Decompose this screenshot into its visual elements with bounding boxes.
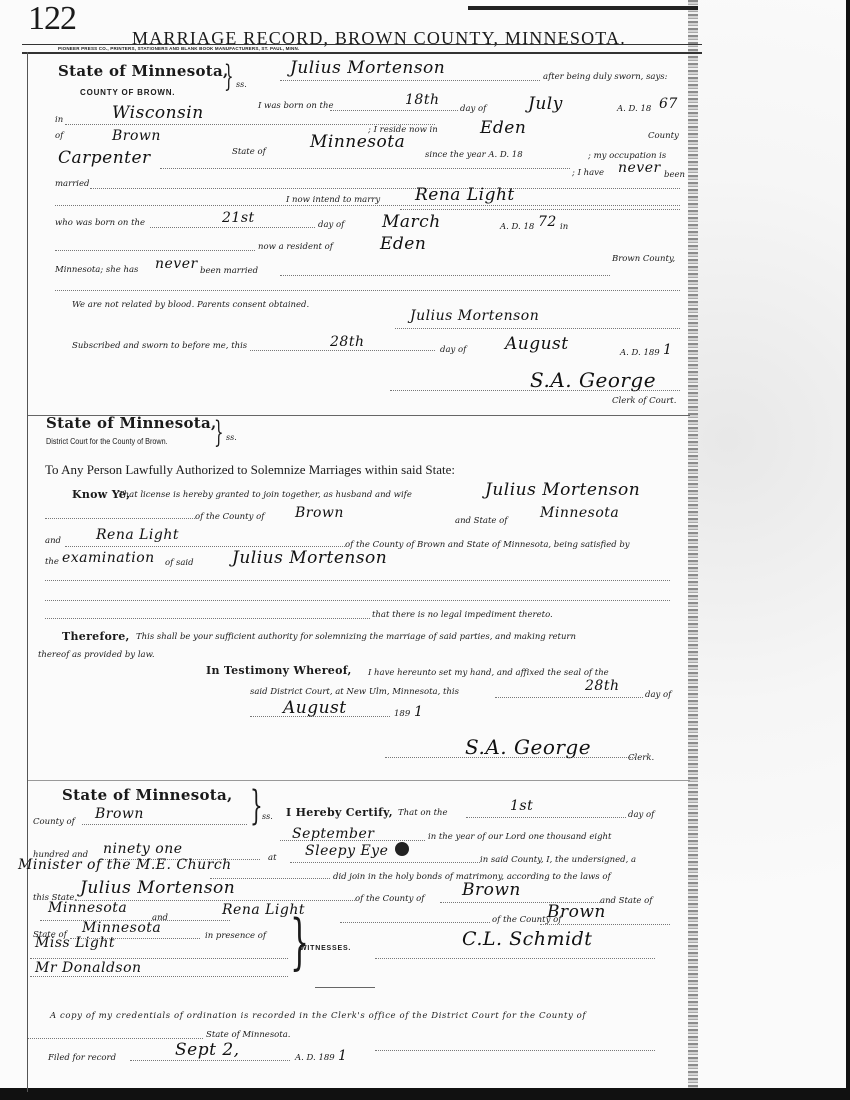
birth-day: 18th xyxy=(405,92,439,108)
officiant-title: Minister of the M.E. Church xyxy=(18,857,232,873)
hereby-certify: I Hereby Certify, xyxy=(286,806,393,819)
sworn-year: 1 xyxy=(663,342,672,358)
certificate-state-heading: State of Minnesota, xyxy=(62,786,233,804)
license-groom-name: Julius Mortenson xyxy=(485,480,640,500)
ceremony-place: Sleepy Eye xyxy=(305,843,388,859)
county: Brown xyxy=(112,128,161,144)
examined-name: Julius Mortenson xyxy=(232,548,387,568)
license-bride-name: Rena Light xyxy=(96,527,179,543)
page-number: 122 xyxy=(28,0,76,38)
certificate-bride-county: Brown xyxy=(547,902,606,922)
section-divider xyxy=(28,780,690,781)
in-testimony: In Testimony Whereof, xyxy=(206,664,352,677)
state: Minnesota xyxy=(310,132,405,152)
bride-name: Rena Light xyxy=(415,185,515,205)
examination: examination xyxy=(62,550,155,566)
applicant-name: Julius Mortenson xyxy=(290,58,445,78)
clerk-signature: S.A. George xyxy=(530,368,656,392)
occupation: Carpenter xyxy=(58,148,151,168)
filed-year: 1 xyxy=(338,1048,347,1064)
marital-status: never xyxy=(618,160,661,176)
certificate-groom-name: Julius Mortenson xyxy=(80,878,235,898)
issue-month: August xyxy=(283,698,347,718)
birth-month: July xyxy=(528,94,563,114)
license-groom-state: Minnesota xyxy=(540,505,619,521)
binding-edge xyxy=(688,0,698,1100)
birth-year: 67 xyxy=(659,96,678,112)
officiant-signature: C.L. Schmidt xyxy=(462,928,592,950)
license-address: To Any Person Lawfully Authorized to Sol… xyxy=(45,462,455,478)
certificate-groom-county: Brown xyxy=(462,880,521,900)
issue-year: 1 xyxy=(414,704,423,720)
ink-blot xyxy=(395,842,409,856)
bride-birth-year: 72 xyxy=(538,214,557,230)
bride-birth-month: March xyxy=(382,212,441,232)
sworn-month: August xyxy=(505,334,569,354)
year-words: ninety one xyxy=(103,841,183,857)
certificate-groom-state: Minnesota xyxy=(48,900,127,916)
frame-left xyxy=(27,52,28,1092)
credentials-statement: A copy of my credentials of ordination i… xyxy=(50,1011,586,1021)
witnesses-label: WITNESSES. xyxy=(300,945,351,952)
brace: } xyxy=(224,62,234,92)
sworn-day: 28th xyxy=(330,334,364,350)
bride-birth-day: 21st xyxy=(222,210,255,226)
license-court-heading: District Court for the County of Brown. xyxy=(46,436,168,446)
affiant-signature: Julius Mortenson xyxy=(410,308,539,324)
printer-imprint: PIONEER PRESS CO., PRINTERS, STATIONERS … xyxy=(58,46,299,51)
certificate-county: Brown xyxy=(95,806,144,822)
top-bar xyxy=(468,6,698,10)
scan-bottom-edge xyxy=(0,1088,850,1100)
issue-day: 28th xyxy=(585,678,619,694)
witness-2: Mr Donaldson xyxy=(35,960,142,976)
affidavit-state-heading: State of Minnesota, xyxy=(58,62,229,80)
header-rule-thick xyxy=(22,52,702,54)
certificate-day: 1st xyxy=(510,798,533,814)
affidavit-county-heading: COUNTY OF BROWN. xyxy=(80,88,175,97)
scan-edge xyxy=(846,0,850,1100)
residence: Eden xyxy=(480,118,526,138)
bride-marital-status: never xyxy=(155,256,198,272)
certificate-bride-state: Minnesota xyxy=(82,920,161,936)
witness-1: Miss Light xyxy=(35,935,115,951)
not-related-statement: We are not related by blood. Parents con… xyxy=(72,300,309,310)
page-bleed xyxy=(698,0,850,1100)
therefore: Therefore, xyxy=(62,630,130,643)
license-state-heading: State of Minnesota, xyxy=(46,414,217,432)
filed-date: Sept 2, xyxy=(175,1040,240,1060)
bride-residence: Eden xyxy=(380,234,426,254)
license-groom-county: Brown xyxy=(295,505,344,521)
birth-place: Wisconsin xyxy=(112,103,204,123)
ss-label: ss. xyxy=(236,80,247,89)
certificate-month: September xyxy=(292,826,374,842)
license-clerk-signature: S.A. George xyxy=(465,735,591,759)
header-rule xyxy=(22,44,702,45)
